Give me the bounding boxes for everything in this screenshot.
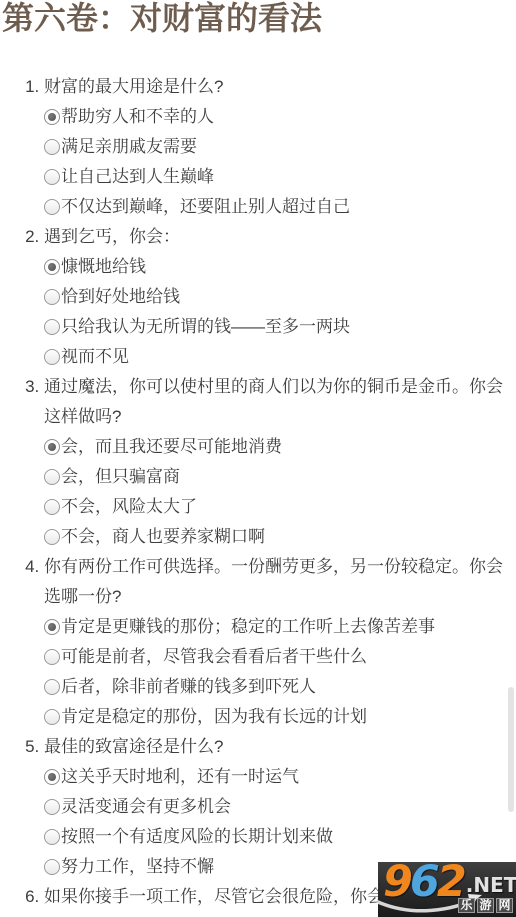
question-item-3: 通过魔法，你可以使村里的商人们以为你的铜币是金币。你会这样做吗? 会，而且我还要… bbox=[44, 372, 514, 552]
option-label: 让自己达到人生巅峰 bbox=[61, 167, 214, 186]
question-text: 你有两份工作可供选择。一份酬劳更多，另一份较稳定。你会选哪一份? bbox=[44, 552, 514, 612]
logo-digit-9: 9 bbox=[383, 862, 410, 907]
option-label: 会，而且我还要尽可能地消费 bbox=[61, 437, 282, 456]
question-text: 遇到乞丐，你会： bbox=[44, 222, 514, 252]
question-text: 通过魔法，你可以使村里的商人们以为你的铜币是金币。你会这样做吗? bbox=[44, 372, 514, 432]
option-label: 灵活变通会有更多机会 bbox=[61, 797, 231, 816]
option-label: 恰到好处地给钱 bbox=[61, 287, 180, 306]
answer-option[interactable]: 会，但只骗富商 bbox=[44, 462, 514, 492]
radio-button[interactable] bbox=[44, 199, 60, 215]
radio-button[interactable] bbox=[44, 619, 60, 635]
answer-option[interactable]: 让自己达到人生巅峰 bbox=[44, 162, 514, 192]
answer-option[interactable]: 按照一个有适度风险的长期计划来做 bbox=[44, 822, 514, 852]
question-item-5: 最佳的致富途径是什么? 这关乎天时地利，还有一时运气 灵活变通会有更多机会 按照… bbox=[44, 732, 514, 882]
question-text: 财富的最大用途是什么? bbox=[44, 72, 514, 102]
quiz-page: 第六卷：对财富的看法 财富的最大用途是什么? 帮助穷人和不幸的人 满足亲朋戚友需… bbox=[0, 0, 516, 917]
page-title: 第六卷：对财富的看法 bbox=[2, 0, 516, 39]
watermark-logo: 962.NET 乐游网 bbox=[378, 862, 516, 917]
answer-option[interactable]: 视而不见 bbox=[44, 342, 514, 372]
answer-option[interactable]: 慷慨地给钱 bbox=[44, 252, 514, 282]
answer-option[interactable]: 只给我认为无所谓的钱——至多一两块 bbox=[44, 312, 514, 342]
option-label: 满足亲朋戚友需要 bbox=[61, 137, 197, 156]
question-item-2: 遇到乞丐，你会： 慷慨地给钱 恰到好处地给钱 只给我认为无所谓的钱——至多一两块… bbox=[44, 222, 514, 372]
option-label: 不会，商人也要养家糊口啊 bbox=[61, 527, 265, 546]
logo-site-name-char: 游 bbox=[477, 898, 494, 913]
logo-digit-6: 6 bbox=[410, 862, 437, 907]
answer-option[interactable]: 不会，风险太大了 bbox=[44, 492, 514, 522]
option-label: 肯定是稳定的那份，因为我有长远的计划 bbox=[61, 707, 367, 726]
radio-button[interactable] bbox=[44, 439, 60, 455]
option-label: 视而不见 bbox=[61, 347, 129, 366]
option-label: 不会，风险太大了 bbox=[61, 497, 197, 516]
answer-option[interactable]: 帮助穷人和不幸的人 bbox=[44, 102, 514, 132]
answer-option[interactable]: 恰到好处地给钱 bbox=[44, 282, 514, 312]
scrollbar-thumb[interactable] bbox=[508, 687, 514, 812]
question-item-4: 你有两份工作可供选择。一份酬劳更多，另一份较稳定。你会选哪一份? 肯定是更赚钱的… bbox=[44, 552, 514, 732]
logo-domain: .NET bbox=[466, 873, 516, 897]
radio-button[interactable] bbox=[44, 259, 60, 275]
radio-button[interactable] bbox=[44, 349, 60, 365]
logo-site-name-char: 网 bbox=[496, 898, 513, 913]
option-label: 不仅达到巅峰，还要阻止别人超过自己 bbox=[61, 197, 350, 216]
question-text: 最佳的致富途径是什么? bbox=[44, 732, 514, 762]
option-label: 这关乎天时地利，还有一时运气 bbox=[61, 767, 299, 786]
answer-option[interactable]: 不仅达到巅峰，还要阻止别人超过自己 bbox=[44, 192, 514, 222]
answer-option[interactable]: 这关乎天时地利，还有一时运气 bbox=[44, 762, 514, 792]
option-label: 后者，除非前者赚的钱多到吓死人 bbox=[61, 677, 316, 696]
answer-option[interactable]: 灵活变通会有更多机会 bbox=[44, 792, 514, 822]
answer-option[interactable]: 会，而且我还要尽可能地消费 bbox=[44, 432, 514, 462]
radio-button[interactable] bbox=[44, 859, 60, 875]
radio-button[interactable] bbox=[44, 829, 60, 845]
radio-button[interactable] bbox=[44, 799, 60, 815]
answer-option[interactable]: 可能是前者，尽管我会看看后者干些什么 bbox=[44, 642, 514, 672]
option-label: 会，但只骗富商 bbox=[61, 467, 180, 486]
radio-button[interactable] bbox=[44, 469, 60, 485]
option-label: 按照一个有适度风险的长期计划来做 bbox=[61, 827, 333, 846]
answer-option[interactable]: 肯定是稳定的那份，因为我有长远的计划 bbox=[44, 702, 514, 732]
radio-button[interactable] bbox=[44, 319, 60, 335]
option-label: 可能是前者，尽管我会看看后者干些什么 bbox=[61, 647, 367, 666]
radio-button[interactable] bbox=[44, 499, 60, 515]
radio-button[interactable] bbox=[44, 679, 60, 695]
option-label: 努力工作，坚持不懈 bbox=[61, 857, 214, 876]
question-item-1: 财富的最大用途是什么? 帮助穷人和不幸的人 满足亲朋戚友需要 让自己达到人生巅峰… bbox=[44, 72, 514, 222]
answer-option[interactable]: 满足亲朋戚友需要 bbox=[44, 132, 514, 162]
answer-option[interactable]: 后者，除非前者赚的钱多到吓死人 bbox=[44, 672, 514, 702]
radio-button[interactable] bbox=[44, 139, 60, 155]
radio-button[interactable] bbox=[44, 649, 60, 665]
radio-button[interactable] bbox=[44, 289, 60, 305]
radio-button[interactable] bbox=[44, 529, 60, 545]
answer-option[interactable]: 不会，商人也要养家糊口啊 bbox=[44, 522, 514, 552]
answer-option[interactable]: 肯定是更赚钱的那份；稳定的工作听上去像苦差事 bbox=[44, 612, 514, 642]
option-label: 只给我认为无所谓的钱——至多一两块 bbox=[61, 317, 350, 336]
radio-button[interactable] bbox=[44, 769, 60, 785]
option-label: 肯定是更赚钱的那份；稳定的工作听上去像苦差事 bbox=[61, 617, 435, 636]
radio-button[interactable] bbox=[44, 109, 60, 125]
radio-button[interactable] bbox=[44, 709, 60, 725]
option-label: 帮助穷人和不幸的人 bbox=[61, 107, 214, 126]
logo-site-name-char: 乐 bbox=[458, 898, 475, 913]
radio-button[interactable] bbox=[44, 169, 60, 185]
option-label: 慷慨地给钱 bbox=[61, 257, 146, 276]
question-list: 财富的最大用途是什么? 帮助穷人和不幸的人 满足亲朋戚友需要 让自己达到人生巅峰… bbox=[0, 72, 516, 912]
watermark-site-name: 乐游网 bbox=[456, 896, 513, 914]
